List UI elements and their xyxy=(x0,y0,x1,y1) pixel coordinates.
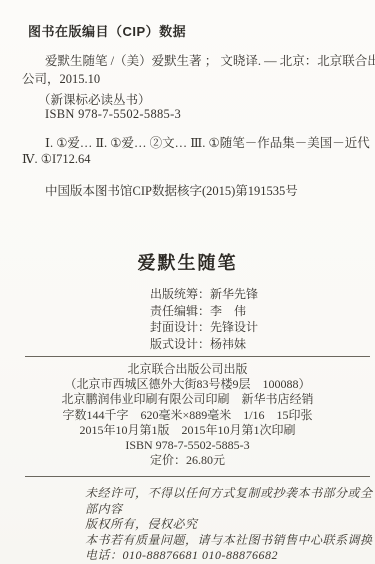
credit-row: 出版统筹：新华先锋 xyxy=(150,286,258,303)
credit-value: 杨祎妹 xyxy=(210,337,246,351)
series-note: （新课标必读丛书） xyxy=(38,90,151,108)
notice-line: 版权所有，侵权必究 xyxy=(85,517,375,533)
publication-line: 字数144千字 620毫米×889毫米 1/16 15印张 xyxy=(0,408,375,423)
divider-top xyxy=(25,356,370,357)
credit-label: 出版统筹： xyxy=(150,287,210,301)
divider-bottom xyxy=(25,476,370,477)
copyright-notice-block: 未经许可，不得以任何方式复制或抄袭本书部分或全部内容 版权所有，侵权必究 本书若… xyxy=(85,486,375,564)
publication-line: 2015年10月第1版 2015年10月第1次印刷 xyxy=(0,423,375,438)
copyright-page: 图书在版编目（CIP）数据 爱默生随笔 /（美）爱默生著 ； 文晓译. — 北京… xyxy=(0,0,375,564)
notice-line: 未经许可，不得以任何方式复制或抄袭本书部分或全部内容 xyxy=(85,486,375,517)
cip-record-number: 中国版本图书馆CIP数据核字(2015)第191535号 xyxy=(45,181,298,199)
credits-block: 出版统筹：新华先锋 责任编辑：李 伟 封面设计：先锋设计 版式设计：杨祎妹 xyxy=(150,286,258,352)
book-title: 爱默生随笔 xyxy=(0,249,375,275)
publication-line: 北京联合出版公司出版 xyxy=(0,362,375,377)
notice-line: 本书若有质量问题，请与本社图书销售中心联系调换 xyxy=(85,533,375,549)
publication-line: （北京市西城区德外大街83号楼9层 100088） xyxy=(0,377,375,392)
credit-label: 封面设计： xyxy=(150,320,210,334)
credit-label: 版式设计： xyxy=(150,337,210,351)
cip-entry-line2: 公司，2015.10 xyxy=(22,71,364,89)
publication-line: 北京鹏润伟业印刷有限公司印刷 新华书店经销 xyxy=(0,392,375,407)
credit-value: 李 伟 xyxy=(210,304,246,318)
phone-line: 电话：010-88876681 010-88876682 xyxy=(85,548,375,564)
price-line: 定价：26.80元 xyxy=(0,453,375,468)
credit-value: 新华先锋 xyxy=(210,287,258,301)
publication-block: 北京联合出版公司出版 （北京市西城区德外大街83号楼9层 100088） 北京鹏… xyxy=(0,362,375,468)
classification-line1: Ⅰ. ①爱… Ⅱ. ①爱… ②文… Ⅲ. ①随笔－作品集－美国－近代 xyxy=(45,133,370,151)
cip-entry: 爱默生随笔 /（美）爱默生著 ； 文晓译. — 北京：北京联合出版 公司，201… xyxy=(22,53,364,88)
credit-row: 责任编辑：李 伟 xyxy=(150,303,258,320)
classification-line2: Ⅳ. ①I712.64 xyxy=(22,151,90,167)
credit-label: 责任编辑： xyxy=(150,304,210,318)
credit-row: 版式设计：杨祎妹 xyxy=(150,336,258,353)
cip-entry-line1: 爱默生随笔 /（美）爱默生著 ； 文晓译. — 北京：北京联合出版 xyxy=(22,53,364,71)
publication-line: ISBN 978-7-5502-5885-3 xyxy=(0,438,375,453)
credit-row: 封面设计：先锋设计 xyxy=(150,319,258,336)
credit-value: 先锋设计 xyxy=(210,320,258,334)
cip-header: 图书在版编目（CIP）数据 xyxy=(28,21,186,40)
isbn-line: ISBN 978-7-5502-5885-3 xyxy=(45,107,181,122)
